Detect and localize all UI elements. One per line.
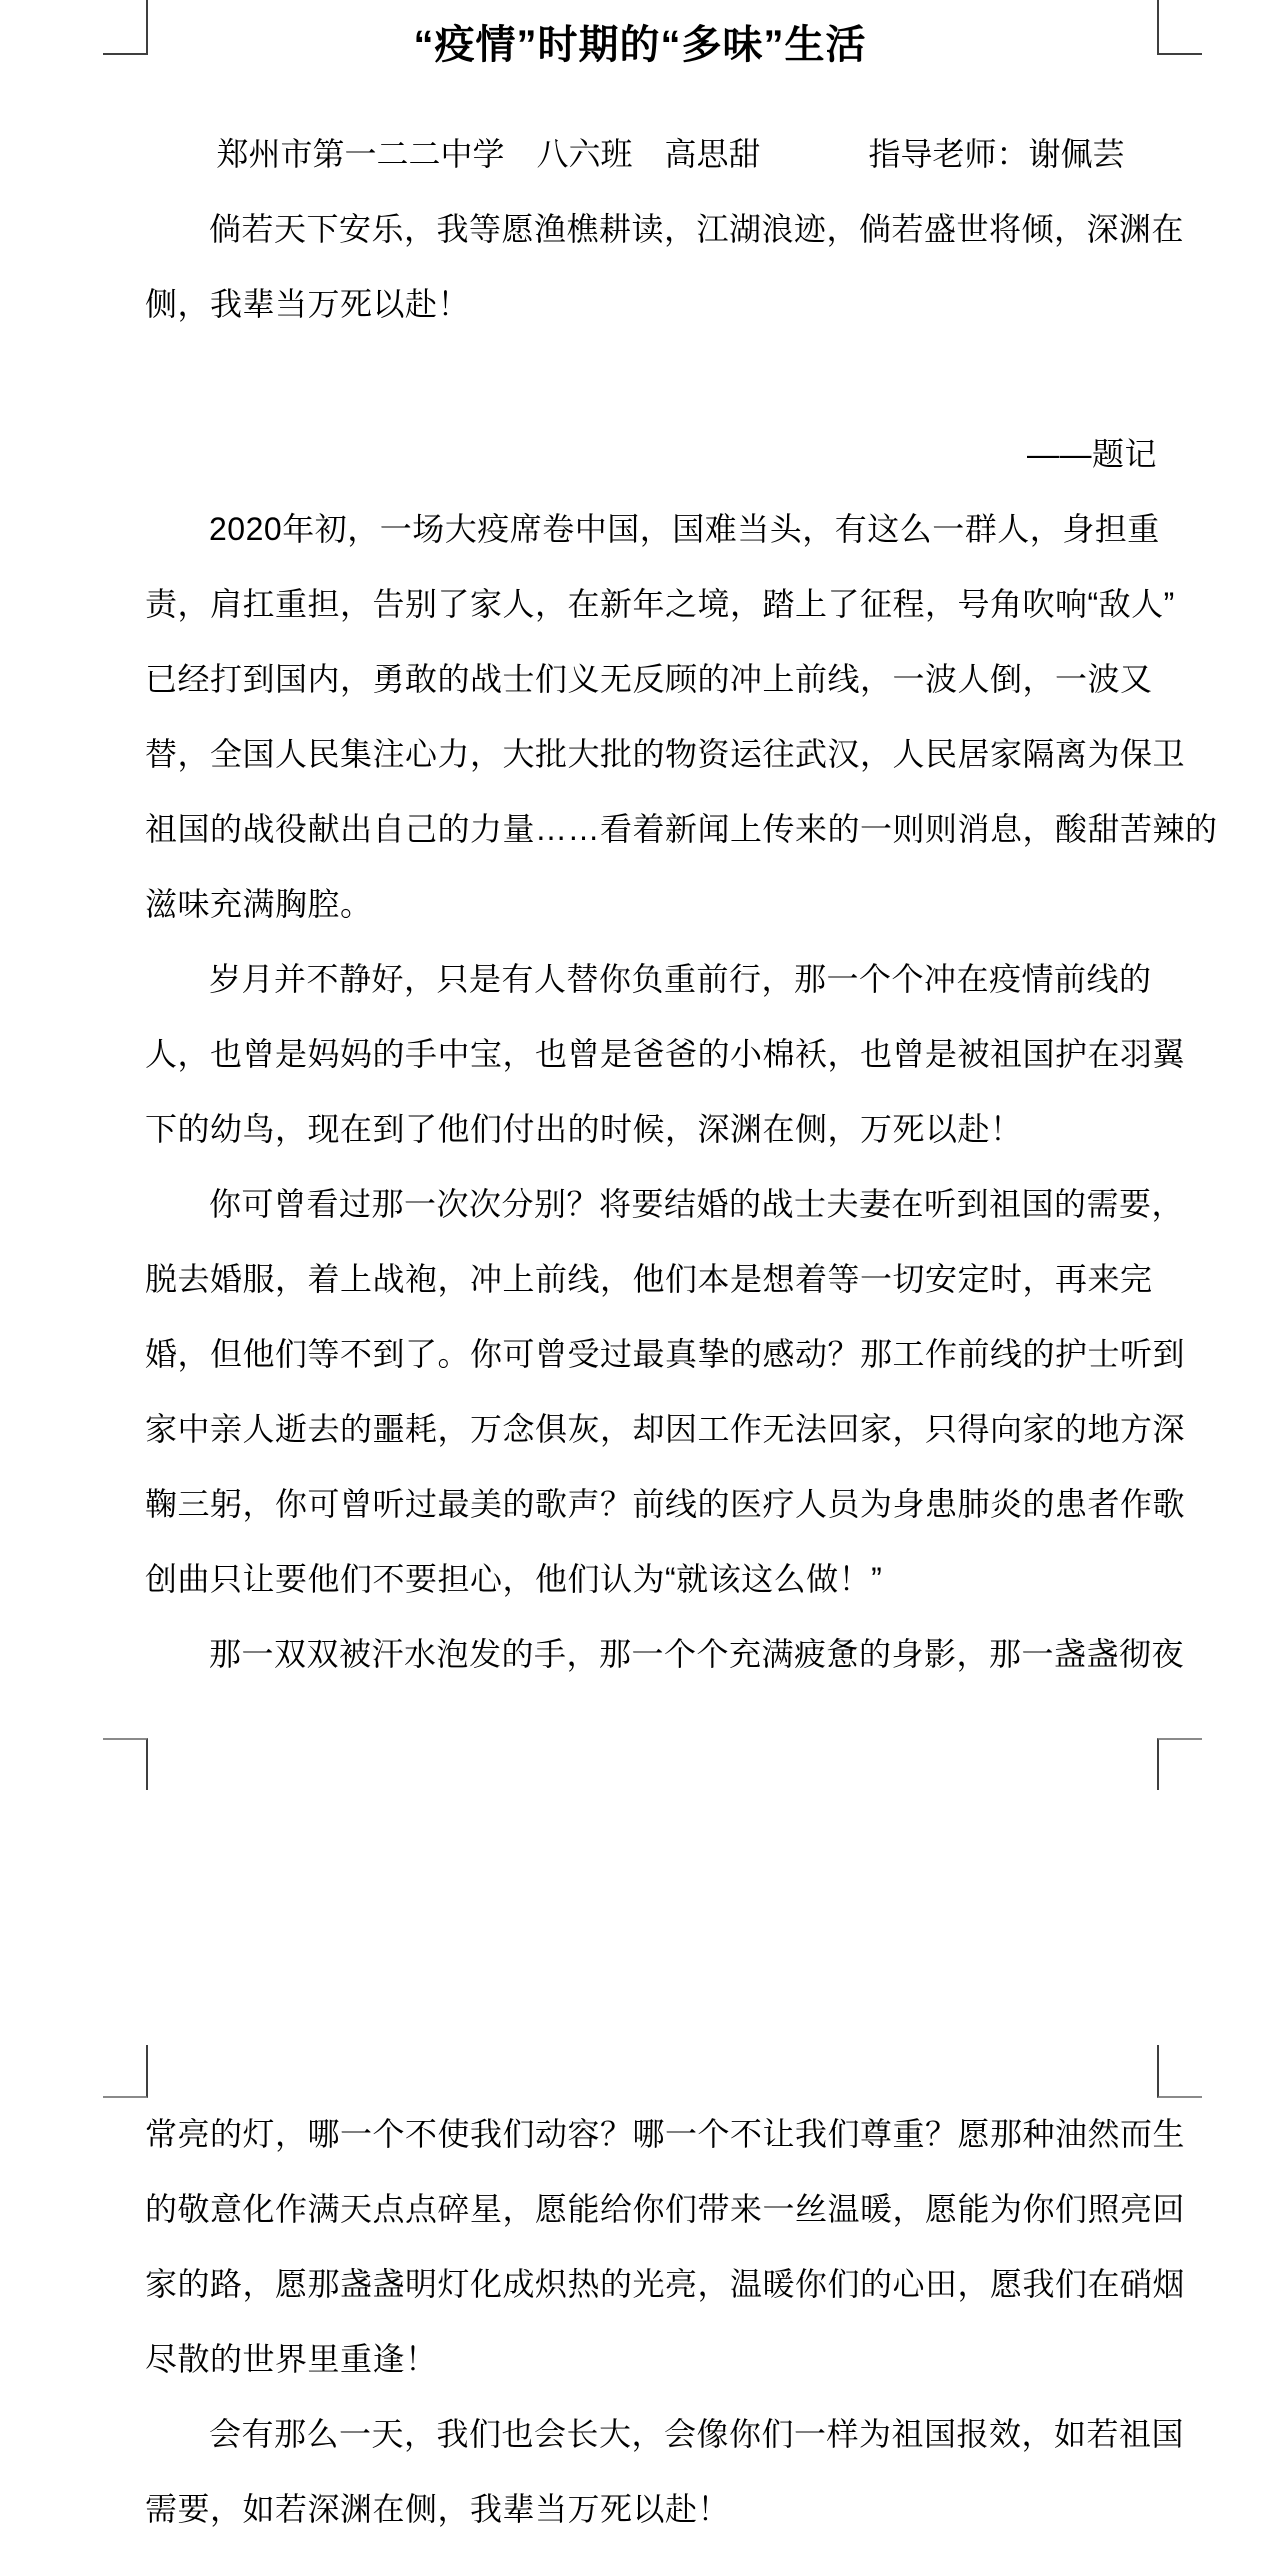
essay-title: “疫情”时期的“多味”生活 — [0, 12, 1280, 78]
text-line: 需要，如若深渊在侧，我辈当万死以赴！ — [145, 2472, 1140, 2547]
text-line: 婚，但他们等不到了。你可曾受过最真挚的感动？那工作前线的护士听到 — [145, 1317, 1140, 1392]
text-line: 替，全国人民集注心力，大批大批的物资运往武汉，人民居家隔离为保卫 — [145, 717, 1140, 792]
text-line: 已经打到国内，勇敢的战士们义无反顾的冲上前线，一波人倒，一波又 — [145, 642, 1140, 717]
text-line: 人，也曾是妈妈的手中宝，也曾是爸爸的小棉袄，也曾是被祖国护在羽翼 — [145, 1017, 1140, 1092]
byline-teacher: 指导老师：谢佩芸 — [869, 117, 1125, 192]
text-line: 常亮的灯，哪一个不使我们动容？哪一个不让我们尊重？愿那种油然而生 — [145, 2097, 1140, 2172]
text-line: 鞠三躬，你可曾听过最美的歌声？前线的医疗人员为身患肺炎的患者作歌 — [145, 1467, 1140, 1542]
text-line: 你可曾看过那一次次分别？将要结婚的战士夫妻在听到祖国的需要， — [145, 1167, 1140, 1242]
scan-corner-mark-page1-bottom-left — [103, 1738, 148, 1790]
text-line: 家的路，愿那盏盏明灯化成炽热的光亮，温暖你们的心田，愿我们在硝烟 — [145, 2247, 1140, 2322]
epigraph-line: 倘若天下安乐，我等愿渔樵耕读，江湖浪迹，倘若盛世将倾，深渊在 — [145, 192, 1140, 267]
text-line: 脱去婚服，着上战袍，冲上前线，他们本是想着等一切安定时，再来完 — [145, 1242, 1140, 1317]
page2-body: 常亮的灯，哪一个不使我们动容？哪一个不让我们尊重？愿那种油然而生 的敬意化作满天… — [145, 2097, 1140, 2547]
text-line: 岁月并不静好，只是有人替你负重前行，那一个个冲在疫情前线的 — [145, 942, 1140, 1017]
epigraph: 倘若天下安乐，我等愿渔樵耕读，江湖浪迹，倘若盛世将倾，深渊在 侧，我辈当万死以赴… — [145, 192, 1140, 342]
text-line: 2020年初，一场大疫席卷中国，国难当头，有这么一群人，身担重 — [145, 492, 1140, 567]
byline: 郑州市第一二二中学 八六班 高思甜 指导老师：谢佩芸 — [173, 117, 1168, 192]
epigraph-line: 侧，我辈当万死以赴！ — [145, 267, 1140, 342]
scan-corner-mark-page2-top-left — [103, 2045, 148, 2098]
scanned-essay-document: “疫情”时期的“多味”生活 郑州市第一二二中学 八六班 高思甜 指导老师：谢佩芸… — [0, 0, 1280, 2559]
text-line: 那一双双被汗水泡发的手，那一个个充满疲惫的身影，那一盏盏彻夜 — [145, 1617, 1140, 1692]
text-line: 创曲只让要他们不要担心，他们认为“就该这么做！” — [145, 1542, 1140, 1617]
page1-body: 2020年初，一场大疫席卷中国，国难当头，有这么一群人，身担重 责，肩扛重担，告… — [145, 492, 1140, 1692]
scan-corner-mark-page1-bottom-right — [1157, 1738, 1202, 1790]
byline-author: 郑州市第一二二中学 八六班 高思甜 — [216, 117, 760, 192]
text-line: 家中亲人逝去的噩耗，万念俱灰，却因工作无法回家，只得向家的地方深 — [145, 1392, 1140, 1467]
text-line: 祖国的战役献出自己的力量……看着新闻上传来的一则则消息，酸甜苦辣的 — [145, 792, 1140, 867]
text-line: 责，肩扛重担，告别了家人，在新年之境，踏上了征程，号角吹响“敌人” — [145, 567, 1140, 642]
text-line: 的敬意化作满天点点碎星，愿能给你们带来一丝温暖，愿能为你们照亮回 — [145, 2172, 1140, 2247]
text-line: 滋味充满胸腔。 — [145, 867, 1140, 942]
text-line: 尽散的世界里重逢！ — [145, 2322, 1140, 2397]
epigraph-attribution: ——题记 — [1027, 436, 1157, 472]
text-line: 下的幼鸟，现在到了他们付出的时候，深渊在侧，万死以赴！ — [145, 1092, 1140, 1167]
text-line: 会有那么一天，我们也会长大，会像你们一样为祖国报效，如若祖国 — [145, 2397, 1140, 2472]
scan-corner-mark-page2-top-right — [1157, 2045, 1202, 2098]
